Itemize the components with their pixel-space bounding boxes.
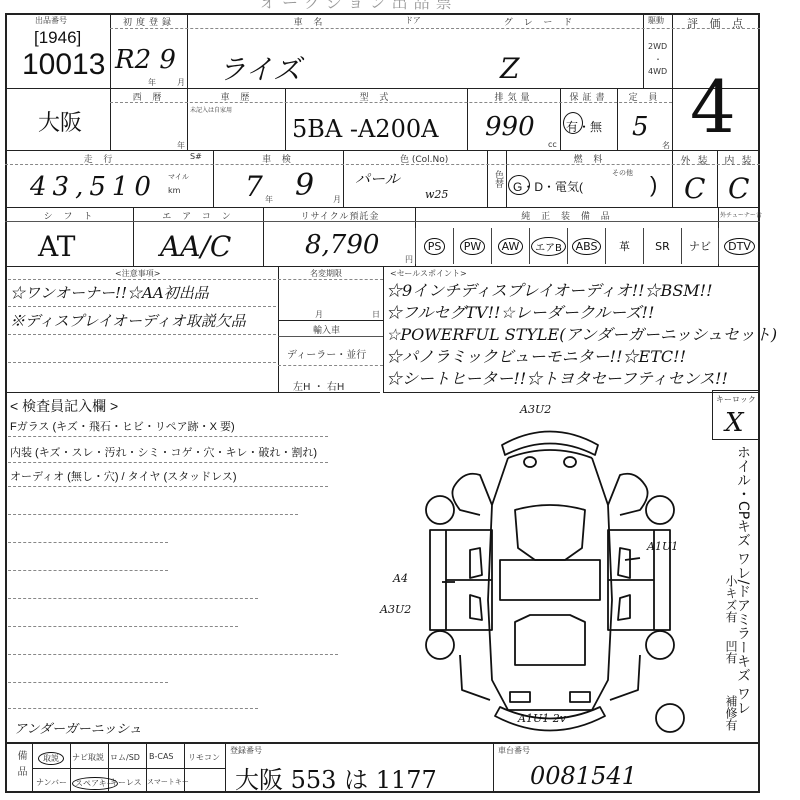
caution-line-1: ☆ワンオーナー!!☆AA初出品	[10, 282, 209, 303]
acc-remote[interactable]: リモコン	[188, 752, 220, 763]
damage-mark-right-side: A1U1	[647, 540, 678, 553]
fuel-other: その他	[612, 168, 633, 178]
capacity-value: 5	[632, 112, 649, 142]
name-change-label: 名変期限	[310, 268, 342, 279]
equipment-label: 純 正 装 備 品	[420, 209, 715, 222]
side-legend-sub-2: 凹有	[723, 640, 740, 664]
interior-value: C	[728, 172, 749, 205]
title-strip: オークション出品票	[260, 0, 458, 13]
score-value: 4	[690, 65, 736, 149]
drive-label: 駆動	[648, 15, 664, 26]
grade-label: グ レ ー ド	[480, 15, 600, 28]
divider	[5, 88, 760, 89]
external-tuner-label: 外チューナー含	[720, 210, 762, 219]
inspection-month: 9	[295, 168, 314, 203]
inspector-title: < 検査員記入欄 >	[10, 396, 118, 416]
inspection-label: 車 検	[215, 152, 342, 165]
first-reg-value: R2 9	[115, 45, 176, 75]
divider	[643, 13, 644, 88]
meter-label: S#	[190, 152, 202, 161]
equip-sr[interactable]: SR	[643, 228, 681, 264]
inspection-year-unit: 年	[265, 194, 273, 205]
lot-number: 10013	[22, 48, 105, 82]
car-name-label: 車 名	[260, 15, 360, 28]
equip-dtv[interactable]: DTV	[718, 228, 760, 264]
displacement-value: 990	[485, 112, 535, 142]
history-year-unit: 年	[177, 140, 185, 151]
chassis-label: 車台番号	[498, 745, 530, 756]
inspection-month-unit: 月	[333, 194, 341, 205]
month-label: 月	[177, 77, 185, 88]
capacity-unit: 名	[662, 140, 670, 151]
drive-2wd[interactable]: 2WD	[648, 42, 667, 51]
year-label: 年	[148, 77, 156, 88]
fuel-circle	[508, 175, 530, 195]
exterior-label: 外 装	[674, 152, 716, 167]
inspector-handwritten: アンダーガーニッシュ	[14, 718, 142, 737]
key-lock-value: X	[725, 408, 744, 438]
equip-pw[interactable]: PW	[453, 228, 491, 264]
ac-value: AA/C	[160, 230, 231, 263]
color-value: パール	[355, 168, 400, 189]
caution-label: <注意事項>	[115, 268, 160, 279]
recycle-unit: 円	[405, 254, 413, 265]
name-change-day: 日	[372, 309, 380, 320]
import-label: 輸入車	[313, 323, 340, 336]
plate-value: 大阪 553 は 1177	[235, 760, 437, 795]
car-diagram[interactable]	[400, 400, 700, 740]
equip-ps[interactable]: PS	[415, 228, 453, 264]
acc-number[interactable]: ナンバー	[36, 777, 67, 788]
mileage-unit-mile: マイル	[168, 172, 189, 182]
acc-navi-manual[interactable]: ナビ取説	[72, 752, 104, 763]
mileage-unit-km: km	[168, 186, 180, 195]
side-legend-sub-1: 小キズ有	[723, 575, 740, 623]
sales-line-4: ☆パノラミックビューモニター!!☆ETC!!	[386, 344, 686, 367]
equip-abs[interactable]: ABS	[567, 228, 605, 264]
caution-line-2: ※ディスプレイオーディオ取説欠品	[10, 310, 246, 331]
name-change-month: 月	[315, 309, 323, 320]
import-options[interactable]: ディーラー・並行	[287, 346, 366, 361]
recycle-label: リサイクル預託金	[265, 209, 415, 222]
sales-line-5: ☆シートヒーター!!☆トヨタセーフティセンス!!	[386, 366, 728, 389]
divider	[5, 150, 672, 151]
ac-label: エ ア コ ン	[135, 209, 262, 222]
inspector-line-1: Fガラス (キズ・飛石・ヒビ・リペア跡・X 要)	[10, 418, 235, 434]
acc-rom-sd[interactable]: ロム/SD	[110, 752, 140, 763]
warranty-label: 保証書	[562, 90, 616, 103]
grade-value: Z	[500, 52, 519, 85]
score-label: 評 価 点	[676, 15, 758, 31]
first-reg-label: 初度登録	[112, 15, 186, 28]
displacement-label: 排気量	[469, 90, 559, 103]
displacement-unit: cc	[548, 140, 557, 149]
mileage-value: 43,510	[30, 172, 157, 202]
divider	[110, 13, 111, 88]
sales-line-3: ☆POWERFUL STYLE(アンダーガーニッシュセット)	[386, 322, 777, 345]
chassis-value: 0081541	[530, 762, 637, 790]
divider	[672, 13, 673, 150]
model-label: 型 式	[287, 90, 465, 103]
damage-mark-front: A1U1 2v	[518, 712, 566, 725]
exterior-value: C	[684, 172, 705, 205]
damage-mark-left-side: A4	[393, 572, 408, 585]
equip-leather[interactable]: 革	[605, 228, 643, 264]
inspector-line-2: 内装 (キズ・スレ・汚れ・シミ・コゲ・穴・キレ・破れ・割れ)	[10, 444, 317, 460]
capacity-label: 定 員	[619, 90, 671, 103]
color-type-label: 色替	[492, 170, 505, 188]
lot-bracket: [1946]	[34, 28, 81, 48]
damage-mark-left-rocker: A3U2	[380, 603, 411, 616]
fuel-close: )	[650, 172, 657, 198]
shift-label: シ フ ト	[20, 209, 120, 222]
color-code: w25	[425, 188, 448, 201]
drive-sep: ・	[654, 54, 662, 65]
accessories-label: 備品	[13, 750, 28, 782]
sales-line-2: ☆フルセグTV!!☆レーダークルーズ!!	[386, 300, 654, 323]
car-name-value: ライズ	[218, 48, 301, 88]
key-lock-label: キーロック	[716, 394, 756, 405]
lot-label: 出品番号	[35, 15, 67, 26]
acc-bcas[interactable]: B-CAS	[149, 752, 174, 761]
inspection-year: 7	[245, 170, 263, 203]
location: 大阪	[38, 106, 82, 137]
side-legend-sub-3: 補修有	[723, 695, 740, 731]
shift-value: AT	[38, 230, 75, 263]
handle-options[interactable]: 左H ・ 右H	[293, 378, 344, 393]
recycle-value: 8,790	[305, 230, 379, 260]
sales-line-1: ☆9インチディスプレイオーディオ!!☆BSM!!	[386, 278, 713, 301]
color-label: 色 (Col.No)	[400, 152, 448, 165]
acc-manual[interactable]: 取説	[38, 752, 64, 765]
divider	[187, 13, 188, 150]
car-history-label: 車 歴	[190, 90, 284, 103]
acc-smart-key[interactable]: スマートキー	[147, 777, 189, 787]
equip-airbag[interactable]: エアB	[529, 228, 567, 264]
history-label: 西 暦	[112, 90, 186, 103]
equip-navi[interactable]: ナビ	[681, 228, 718, 264]
door-label: ドア	[405, 15, 421, 26]
mileage-label: 走 行	[70, 152, 130, 165]
acc-keyless[interactable]: キーレス	[110, 777, 142, 788]
drive-4wd[interactable]: 4WD	[648, 67, 667, 76]
plate-label: 登録番号	[230, 745, 262, 756]
fuel-label: 燃 料	[510, 152, 670, 165]
model-value: 5BA -A200A	[292, 115, 438, 143]
car-history-note: 未記入は自家用	[190, 105, 232, 114]
inspector-line-3: オーディオ (無し・穴) / タイヤ (スタッドレス)	[10, 468, 237, 484]
equip-aw[interactable]: AW	[491, 228, 529, 264]
damage-mark-rear: A3U2	[520, 403, 551, 416]
interior-label: 内 装	[719, 152, 759, 167]
warranty-circle	[563, 112, 583, 134]
